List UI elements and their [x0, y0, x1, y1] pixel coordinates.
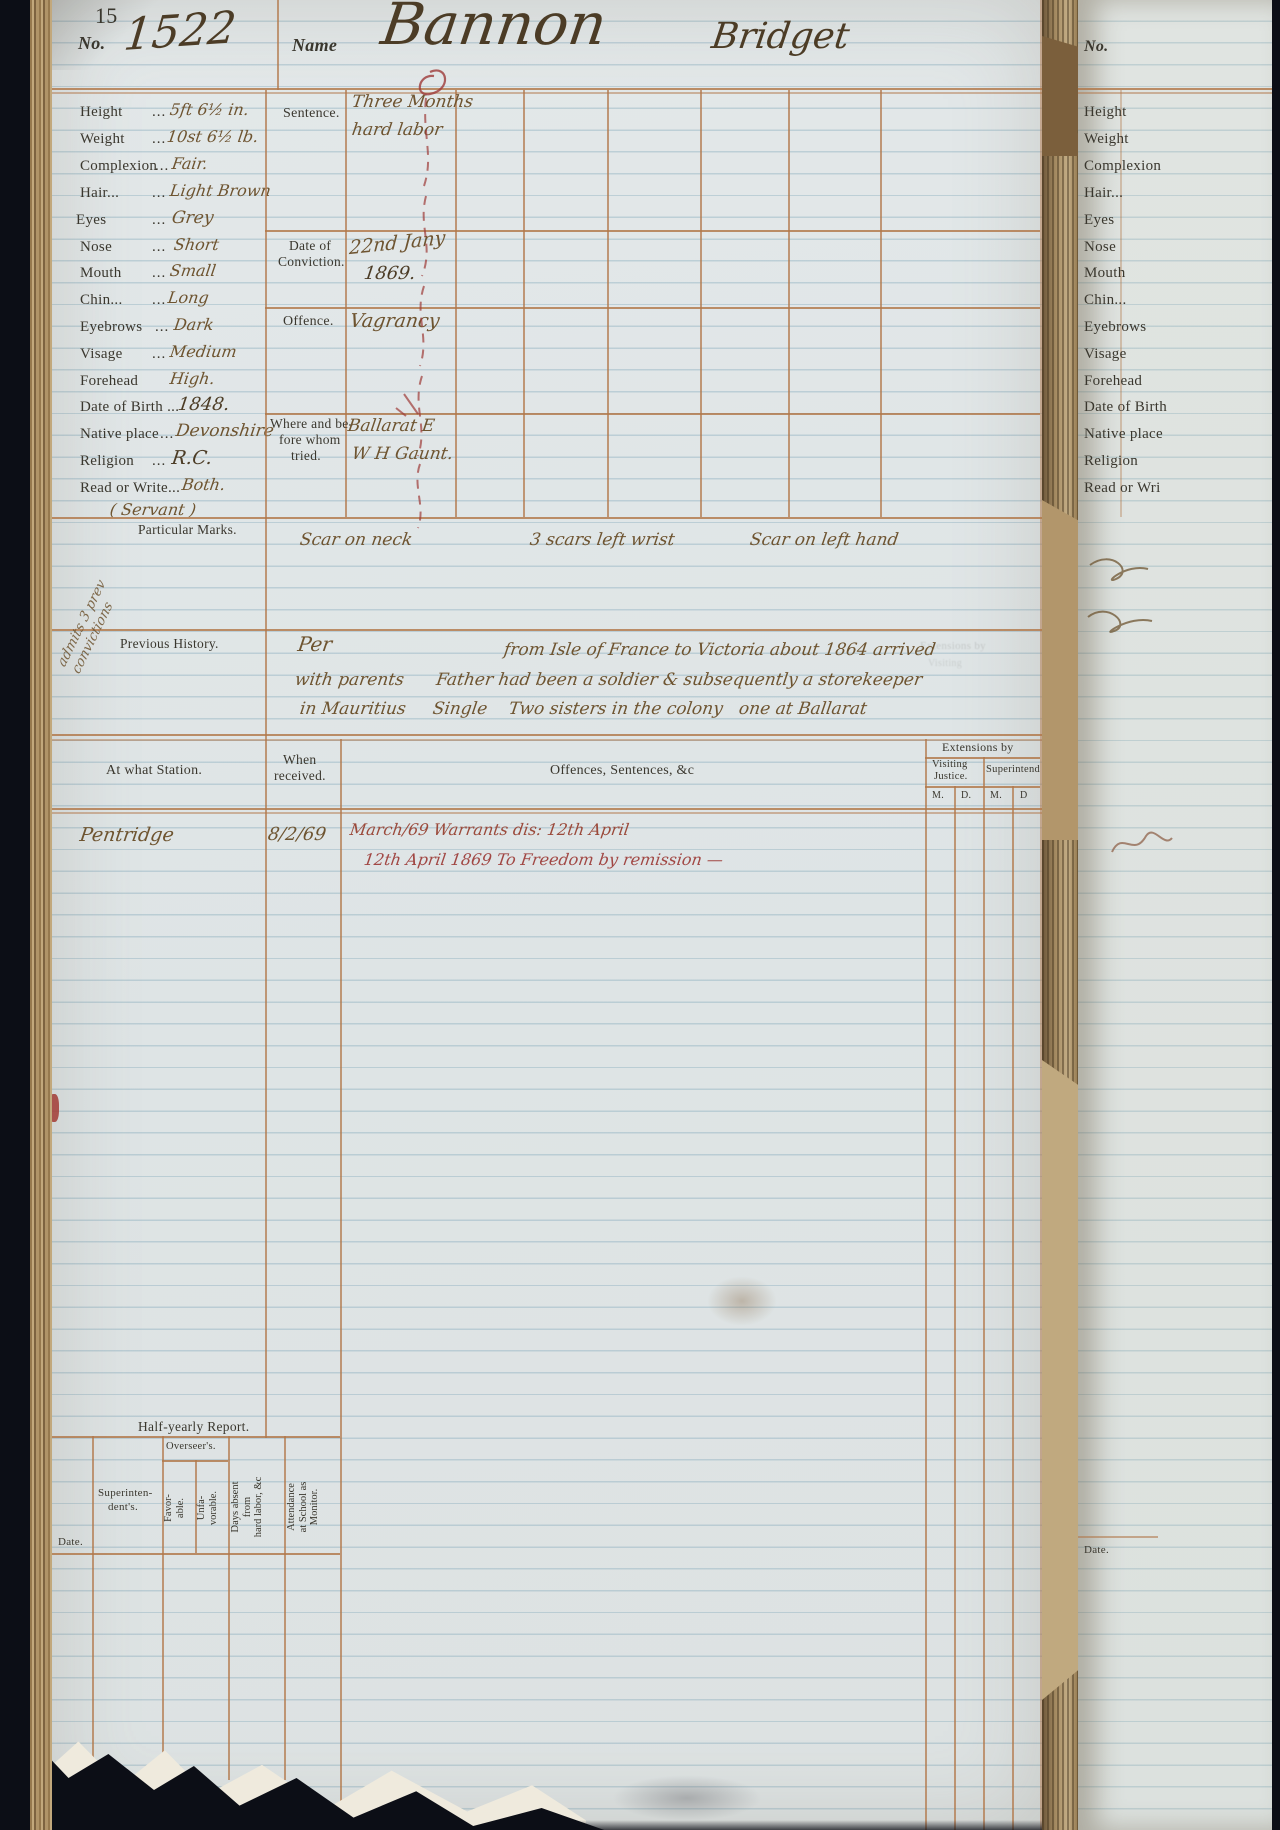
- date-column-header: Date.: [1084, 1544, 1109, 1556]
- history-line: from Isle of France to Victoria about 18…: [503, 640, 937, 660]
- favorable-header: Favor- able.: [163, 1464, 193, 1552]
- ink-stain: [707, 1276, 777, 1326]
- superintendents-header: Superinten-: [98, 1487, 153, 1499]
- rule-line: [340, 739, 342, 1830]
- rule-line: [52, 734, 1042, 736]
- rule-line: [1078, 88, 1272, 90]
- rule-line: [925, 786, 1040, 788]
- desc-label: Date of Birth: [1084, 399, 1167, 416]
- rule-line: [52, 1436, 340, 1438]
- desc-label: Religion: [1084, 453, 1138, 470]
- desc-label: Forehead: [1084, 373, 1142, 390]
- sub-header-d: D.: [961, 790, 971, 801]
- scanned-register-photo: 15 No. 1522 Name Bannon Bridget Height .…: [0, 0, 1280, 1830]
- desc-label: Weight: [1084, 131, 1129, 148]
- desc-dots: ...: [152, 292, 166, 309]
- desc-dots: ...: [152, 185, 166, 202]
- desc-label: Hair...: [1084, 185, 1123, 202]
- desc-value: Light Brown: [169, 181, 273, 200]
- rule-line: [523, 90, 525, 517]
- desc-label: Chin...: [1084, 292, 1127, 309]
- rule-line: [277, 0, 279, 90]
- no-label: No.: [1084, 38, 1108, 56]
- previous-history-label: Previous History.: [120, 636, 219, 652]
- prisoner-given-name: Bridget: [709, 16, 852, 57]
- desc-dots: ...: [152, 212, 166, 229]
- register-number: 1522: [121, 2, 238, 61]
- desc-label: Nose: [1084, 239, 1116, 256]
- desc-label: Chin...: [80, 292, 123, 309]
- received-column-header: received.: [274, 768, 326, 784]
- rule-line: [52, 808, 1042, 810]
- desc-dots: ...: [155, 319, 169, 336]
- particular-marks-value: Scar on neck: [299, 530, 414, 550]
- rule-line: [345, 90, 347, 517]
- desc-label: Religion: [80, 453, 134, 470]
- desc-dots: ...: [152, 346, 166, 363]
- desc-label: Height: [1084, 104, 1127, 121]
- next-page-edge: No. Height Weight Complexion Hair... Eye…: [1078, 0, 1272, 1830]
- rule-line: [880, 90, 882, 517]
- desc-label: Date of Birth ...: [80, 399, 179, 416]
- desc-value: High.: [169, 369, 216, 388]
- torn-edge: [52, 1712, 610, 1830]
- desc-label: Native place: [1084, 426, 1163, 443]
- red-edge-mark: [52, 1094, 59, 1122]
- rule-line: [52, 1553, 340, 1555]
- desc-value: 1848.: [177, 394, 231, 415]
- sub-header-m: M.: [990, 790, 1002, 801]
- received-entry: 8/2/69: [267, 824, 328, 845]
- folio-number: 15: [95, 3, 118, 29]
- rule-line: [265, 90, 267, 1438]
- desc-label: Height: [80, 104, 123, 121]
- station-entry: Pentridge: [78, 824, 175, 846]
- superintendents-header: dent's.: [108, 1501, 138, 1513]
- received-column-header: When: [283, 752, 316, 768]
- rule-line: [52, 517, 1042, 519]
- desc-label: Complexion: [1084, 158, 1161, 175]
- desc-value: Medium: [169, 342, 238, 361]
- offence-label: Offence.: [283, 314, 334, 330]
- desc-value: Long: [167, 288, 210, 307]
- sentence-label: Sentence.: [283, 106, 340, 122]
- particular-marks-value: Scar on left hand: [749, 530, 900, 550]
- desc-label: Native place: [80, 426, 159, 443]
- history-line: in Mauritius Single Two sisters in the c…: [299, 699, 869, 719]
- desc-label: Visage: [80, 346, 123, 363]
- desc-label: Mouth: [80, 265, 122, 282]
- bleed-through-text: Extensions by: [920, 640, 986, 652]
- rule-line: [52, 739, 1042, 741]
- rule-line: [1078, 92, 1272, 94]
- desc-label: Complexion: [80, 158, 157, 175]
- desc-dots: ...: [152, 104, 166, 121]
- desc-label: Eyes: [76, 212, 106, 229]
- rule-line: [700, 90, 702, 517]
- desc-label: Weight: [80, 131, 125, 148]
- attendance-header: Attendance at School as Monitor.: [286, 1463, 338, 1551]
- rule-line: [788, 90, 790, 517]
- station-column-header: At what Station.: [106, 763, 202, 779]
- register-page: 15 No. 1522 Name Bannon Bridget Height .…: [52, 0, 1042, 1830]
- photo-edge: [1272, 0, 1280, 1830]
- offences-column-header: Offences, Sentences, &c: [550, 763, 694, 779]
- page-bottom-shadow: [572, 1820, 1042, 1830]
- superintendent-header: Superintend: [986, 764, 1040, 775]
- rule-line: [52, 629, 1042, 631]
- desc-dots: ...: [152, 239, 166, 256]
- desc-value: 5ft 6½ in.: [169, 100, 251, 119]
- desc-label: Read or Wri: [1084, 480, 1161, 497]
- desc-label: Eyebrows: [80, 319, 142, 336]
- rule-line: [52, 92, 1042, 94]
- tried-label: tried.: [291, 448, 321, 464]
- hand-scribble: [1106, 822, 1176, 866]
- desc-label: Hair...: [80, 185, 119, 202]
- visiting-justice-header: Visiting: [932, 759, 968, 770]
- rule-line: [607, 90, 609, 517]
- rule-line: [954, 786, 956, 1830]
- left-page-edges: [30, 0, 52, 1830]
- rule-line: [52, 812, 1042, 814]
- unfavorable-header: Unfa- vorable.: [196, 1464, 226, 1552]
- offence-entry: 12th April 1869 To Freedom by remission …: [363, 850, 725, 869]
- smudge: [612, 1775, 762, 1821]
- tried-label: fore whom: [279, 432, 341, 448]
- rule-line: [52, 88, 1042, 90]
- desc-label: Visage: [1084, 346, 1127, 363]
- desc-value: Fair.: [171, 154, 209, 173]
- history-opening: Per: [296, 632, 333, 656]
- bleed-through-text: Visiting: [928, 658, 962, 669]
- desc-label: Forehead: [80, 373, 138, 390]
- no-label: No.: [78, 33, 105, 54]
- days-absent-header: Days absent from hard labor, &c: [230, 1463, 282, 1551]
- name-label: Name: [292, 35, 337, 56]
- particular-marks-value: 3 scars left wrist: [529, 530, 676, 550]
- half-yearly-title: Half-yearly Report.: [138, 1419, 249, 1435]
- rule-line: [162, 1460, 228, 1462]
- desc-value: Devonshire: [175, 421, 276, 441]
- desc-dots: ...: [155, 158, 169, 175]
- overseers-header: Overseer's.: [166, 1441, 216, 1452]
- red-ink-scrawl: [368, 64, 468, 534]
- desc-value: Small: [169, 261, 218, 280]
- prisoner-surname: Bannon: [377, 0, 611, 58]
- rule-line: [983, 757, 985, 1830]
- desc-dots: ...: [152, 265, 166, 282]
- tried-label: Where and be-: [270, 416, 353, 432]
- desc-value: 10st 6½ lb.: [166, 127, 260, 146]
- sub-header-d: D: [1020, 790, 1028, 801]
- desc-label: Eyes: [1084, 212, 1114, 229]
- date-column-header: Date.: [58, 1536, 83, 1548]
- rule-line: [1012, 786, 1014, 1830]
- visiting-justice-header: Justice.: [934, 771, 968, 782]
- desc-dots: ...: [160, 426, 174, 443]
- desc-label: Eyebrows: [1084, 319, 1146, 336]
- desc-value: Dark: [173, 315, 215, 334]
- desc-value: Short: [173, 235, 221, 254]
- rule-line: [1078, 1536, 1158, 1538]
- history-line: with parents Father had been a soldier &…: [294, 670, 924, 690]
- rule-line: [92, 1436, 94, 1780]
- desc-value: Grey: [171, 208, 215, 228]
- rule-line: [925, 739, 927, 1830]
- desc-label: Mouth: [1084, 265, 1126, 282]
- extensions-header: Extensions by: [942, 740, 1014, 755]
- desc-value: Both.: [181, 475, 227, 494]
- date-of-conviction-label: Conviction.: [278, 254, 345, 270]
- offence-entry: March/69 Warrants dis: 12th April: [349, 820, 631, 839]
- date-of-conviction-label: Date of: [289, 238, 331, 254]
- desc-label: Nose: [80, 239, 112, 256]
- desc-dots: ...: [152, 131, 166, 148]
- hand-scribble: [1082, 545, 1212, 645]
- sub-header-m: M.: [932, 790, 944, 801]
